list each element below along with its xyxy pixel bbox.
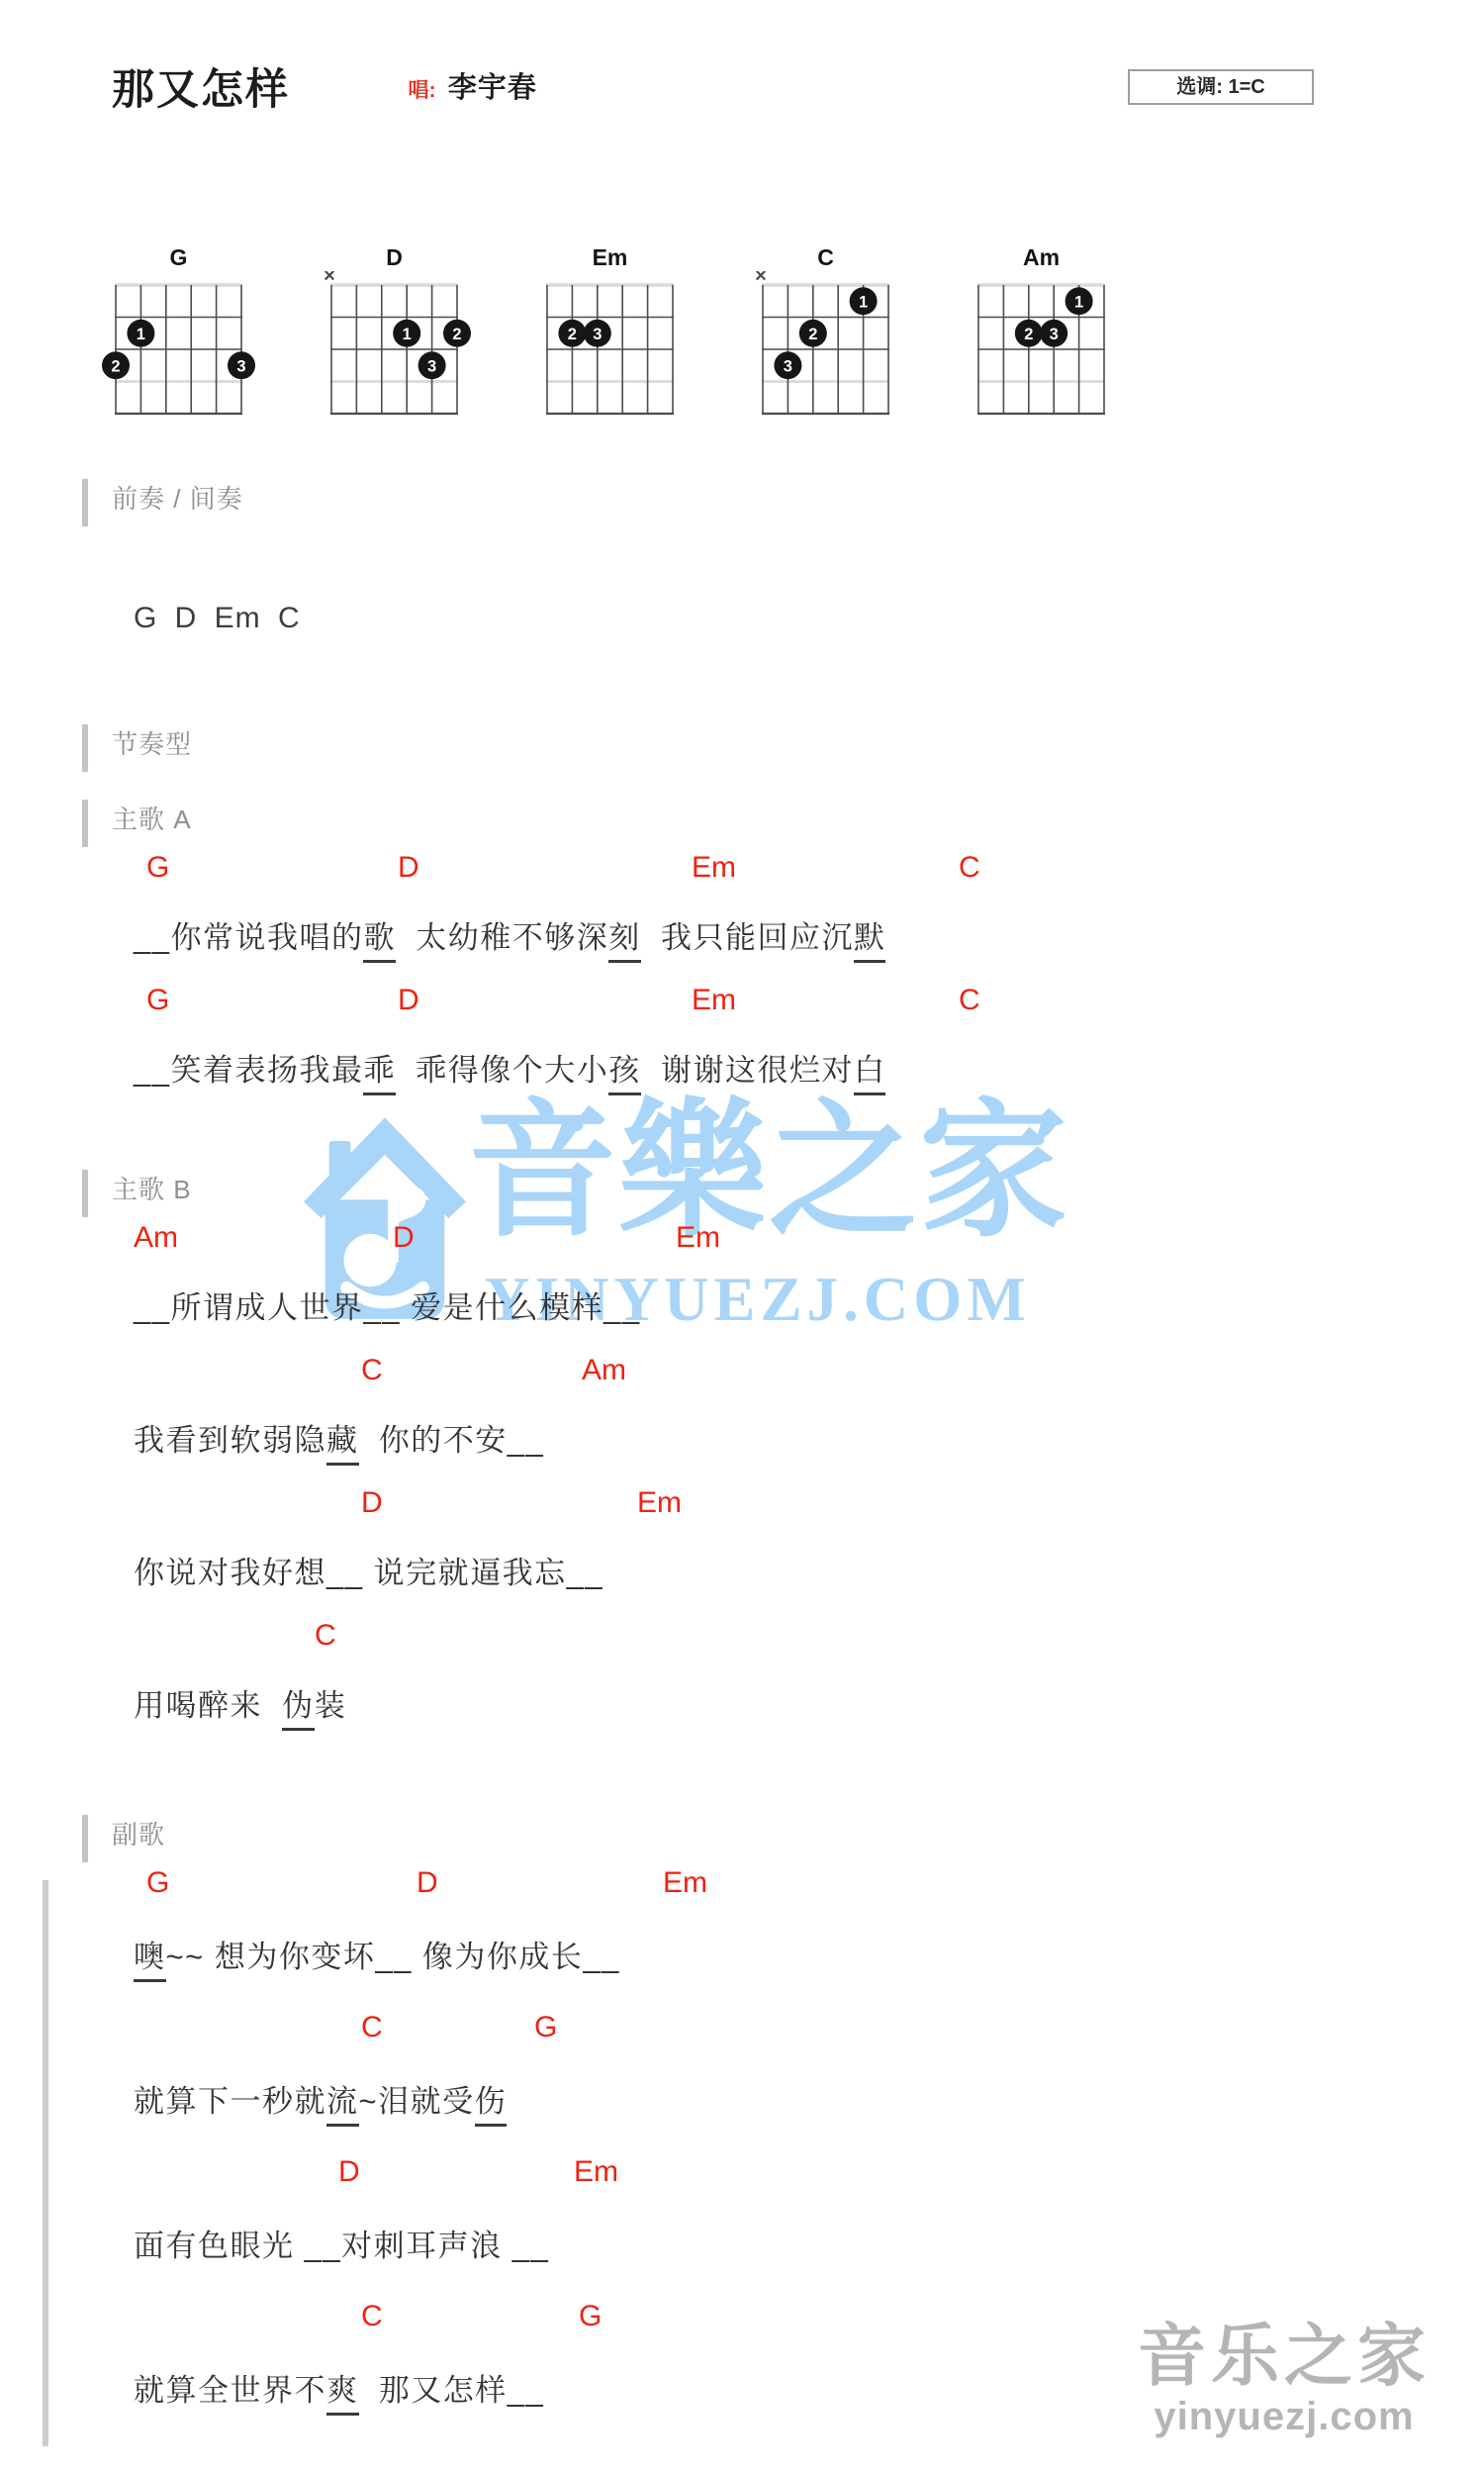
chord-diagram-name: D [331, 245, 457, 271]
lyric-segment: 像为你成长 [413, 1932, 584, 1979]
section-verse-b: 主歌 BAmDEm__所谓成人世界__ 爱是什么模样__CAm我看到软弱隐藏 你… [112, 1172, 1484, 1730]
section-chorus: 副歌GDEm噢~~ 想为你变坏__ 像为你成长__CG就算下一秒就流~泪就受伤D… [112, 1817, 1484, 2415]
lyric-segment: 乖 [363, 1045, 396, 1095]
chord-symbol: Em [637, 1486, 682, 1520]
lyric-segment: 你说对我好想 [134, 1548, 326, 1595]
lyric-line: 你说对我好想__ 说完就逼我忘__ [134, 1548, 1484, 1597]
section-intro: 前奏 / 间奏G D Em C [112, 481, 1484, 635]
lyric-segment: 你的不安 [359, 1415, 508, 1463]
section-title: 节奏型 [112, 726, 1484, 762]
section-rows: AmDEm__所谓成人世界__ 爱是什么模样__CAm我看到软弱隐藏 你的不安_… [112, 1221, 1484, 1730]
svg-text:1: 1 [1074, 293, 1083, 311]
section-title: 主歌 B [112, 1172, 1484, 1207]
title-bar: 那又怎样 唱: 李宇春 选调: 1=C [112, 65, 1484, 117]
svg-text:3: 3 [593, 326, 602, 343]
section-marker-bar [82, 800, 88, 847]
section-title: 副歌 [112, 1817, 1484, 1852]
chord-line: CG [134, 2011, 1484, 2046]
chord-symbol: D [393, 1221, 415, 1255]
section-verse-a: 主歌 AGDEmC__你常说我唱的歌 太幼稚不够深刻 我只能回应沉默GDEmC_… [112, 802, 1484, 1094]
lyric-segment: 伤 [475, 2076, 508, 2127]
chord-symbol: Em [574, 2155, 618, 2189]
chord-symbol: Em [692, 984, 736, 1017]
chord-symbol: C [315, 1619, 336, 1653]
lyric-segment: __ [375, 1940, 412, 1978]
lyric-segment: 流 [326, 2076, 359, 2127]
section-header: 主歌 B [112, 1172, 1484, 1221]
lyric-segment: ~~ 想为你变坏 [166, 1932, 376, 1979]
lyric-segment: 藏 [326, 1415, 359, 1466]
section-title: 主歌 A [112, 802, 1484, 837]
chord-symbol: G [146, 984, 169, 1017]
lyric-segment: 爱是什么模样 [401, 1282, 603, 1330]
lyric-segment: 白 [854, 1045, 886, 1095]
chord-diagram-G: G123 [116, 245, 270, 420]
lyric-segment: 对刺耳声浪 [341, 2221, 512, 2268]
lyric-segment: __ [512, 2229, 549, 2267]
chord-diagram-Em: Em23 [547, 245, 701, 420]
section-marker-bar [82, 1815, 88, 1862]
chord-line: GDEmC [134, 851, 1484, 887]
svg-text:3: 3 [236, 357, 245, 375]
lyric-segment: 孩 [608, 1045, 641, 1095]
lyric-segment: 爽 [326, 2365, 359, 2416]
chord-symbol: Em [663, 1866, 707, 1900]
lyric-line: 用喝醉来 伪装 [134, 1680, 1484, 1730]
lyric-segment: ~泪就受 [359, 2076, 475, 2124]
artist-name: 李宇春 [448, 72, 537, 104]
muted-string-mark: × [324, 271, 335, 287]
chord-line: GDEm [134, 1866, 1484, 1902]
chord-symbol: C [361, 1354, 383, 1387]
lyric-line: 就算全世界不爽 那又怎样__ [134, 2365, 1484, 2415]
chord-diagram-C: C×123 [763, 245, 917, 420]
lyric-segment: 所谓成人世界 [170, 1282, 363, 1330]
section-title: 前奏 / 间奏 [112, 481, 1484, 517]
lyric-line: 面有色眼光 __对刺耳声浪 __ [134, 2221, 1484, 2270]
lyric-segment: 太幼稚不够深 [396, 912, 608, 960]
lyric-segment: 用喝醉来 [134, 1680, 282, 1728]
lyric-line: 就算下一秒就流~泪就受伤 [134, 2076, 1484, 2126]
lyric-segment: __ [305, 2229, 341, 2267]
chord-symbol: C [361, 2011, 383, 2044]
svg-text:3: 3 [1050, 326, 1059, 343]
lyric-segment: __ [583, 1940, 619, 1978]
lyric-segment: __ [134, 920, 170, 959]
chord-diagram-name: C [763, 245, 888, 271]
chord-symbol: G [534, 2011, 557, 2044]
lyric-segment: 伪 [282, 1680, 315, 1731]
chord-line: AmDEm [134, 1221, 1484, 1257]
muted-string-mark: × [755, 271, 767, 287]
singer-label: 唱: [408, 79, 435, 102]
svg-text:2: 2 [111, 357, 120, 375]
lyric-segment: 那又怎样 [359, 2365, 508, 2413]
chord-symbol: Am [582, 1354, 626, 1387]
chord-symbol: D [417, 1866, 438, 1900]
lyric-segment: __ [363, 1290, 400, 1329]
lyric-line: __笑着表扬我最乖 乖得像个大小孩 谢谢这很烂对白 [134, 1045, 1484, 1094]
chord-line: DEm [134, 2155, 1484, 2191]
chord-symbol: G [146, 1866, 169, 1900]
chord-symbol: C [361, 2300, 383, 2333]
chord-sheet-page: 那又怎样 唱: 李宇春 选调: 1=C G123D×123Em23C×123Am… [0, 0, 1484, 2470]
chord-diagram-name: G [116, 245, 241, 271]
key-select-box[interactable]: 选调: 1=C [1128, 69, 1314, 105]
chord-symbol: Am [134, 1221, 178, 1255]
lyric-segment: 你常说我唱的 [170, 912, 363, 960]
svg-text:2: 2 [452, 326, 461, 343]
lyric-segment: 就算全世界不 [134, 2365, 326, 2413]
lyric-segment: __ [508, 1423, 544, 1462]
song-title: 那又怎样 [112, 65, 290, 115]
lyric-line: __所谓成人世界__ 爱是什么模样__ [134, 1282, 1484, 1332]
section-rows: G D Em C [112, 602, 1484, 635]
chord-diagram-name: Em [547, 245, 673, 271]
lyric-line: __你常说我唱的歌 太幼稚不够深刻 我只能回应沉默 [134, 912, 1484, 962]
section-rows: GDEmC__你常说我唱的歌 太幼稚不够深刻 我只能回应沉默GDEmC__笑着表… [112, 851, 1484, 1094]
svg-text:2: 2 [568, 326, 577, 343]
chord-symbol: G [579, 2300, 602, 2333]
chord-symbol: Em [692, 851, 736, 885]
chord-symbol: C [959, 851, 980, 885]
lyric-segment: __ [326, 1556, 363, 1594]
section-marker-bar [82, 1170, 88, 1217]
lyric-segment: 面有色眼光 [134, 2221, 305, 2268]
lyric-segment: 乖得像个大小 [396, 1045, 608, 1092]
section-header: 主歌 A [112, 802, 1484, 851]
chord-symbol: D [361, 1486, 383, 1520]
section-marker-bar [82, 479, 88, 526]
lyric-segment: __ [134, 1053, 170, 1092]
chord-diagram-name: Am [978, 245, 1104, 271]
lyric-segment: __ [567, 1556, 603, 1594]
chord-diagram-D: D×123 [331, 245, 486, 420]
lyric-line: 我看到软弱隐藏 你的不安__ [134, 1415, 1484, 1465]
section-header: 前奏 / 间奏 [112, 481, 1484, 530]
lyric-segment: 笑着表扬我最 [170, 1045, 363, 1092]
chord-symbol: Em [676, 1221, 720, 1255]
lyric-segment: 噢 [134, 1932, 166, 1982]
chord-line: GDEmC [134, 984, 1484, 1019]
chord-symbol: C [959, 984, 980, 1017]
chord-symbol: D [398, 851, 419, 885]
lyric-segment: __ [134, 1290, 170, 1329]
lyric-segment: 默 [854, 912, 886, 963]
artist-block: 唱: 李宇春 [408, 66, 536, 115]
lyric-segment: 我只能回应沉 [641, 912, 854, 960]
svg-text:2: 2 [1024, 326, 1033, 343]
section-marker-bar [82, 724, 88, 772]
section-rhythm: 节奏型 [112, 726, 1484, 776]
song-sections: 前奏 / 间奏G D Em C节奏型主歌 AGDEmC__你常说我唱的歌 太幼稚… [112, 481, 1484, 2415]
lyric-segment: 歌 [363, 912, 396, 963]
section-rows: GDEm噢~~ 想为你变坏__ 像为你成长__CG就算下一秒就流~泪就受伤DEm… [112, 1866, 1484, 2415]
section-header: 副歌 [112, 1817, 1484, 1866]
lyric-segment: __ [603, 1290, 640, 1329]
chord-line: CAm [134, 1354, 1484, 1389]
lyric-segment: 谢谢这很烂对 [641, 1045, 854, 1092]
lyric-segment: 就算下一秒就 [134, 2076, 326, 2124]
lyric-segment: 说完就逼我忘 [363, 1548, 566, 1595]
svg-text:2: 2 [808, 326, 817, 343]
svg-text:1: 1 [403, 326, 412, 343]
lyric-segment: 我看到软弱隐 [134, 1415, 326, 1463]
svg-text:1: 1 [137, 326, 145, 343]
chord-symbol: D [398, 984, 419, 1017]
lyric-segment: 装 [315, 1680, 347, 1728]
chord-line: DEm [134, 1486, 1484, 1522]
section-header: 节奏型 [112, 726, 1484, 776]
chord-symbol: D [338, 2155, 360, 2189]
chord-line: CG [134, 2300, 1484, 2335]
lyric-segment: __ [508, 2373, 544, 2412]
chord-diagram-Am: Am123 [978, 245, 1133, 420]
svg-text:3: 3 [784, 357, 792, 375]
lyric-line: 噢~~ 想为你变坏__ 像为你成长__ [134, 1932, 1484, 1981]
intro-chord-sequence: G D Em C [134, 602, 1484, 635]
svg-text:3: 3 [427, 357, 436, 375]
lyric-segment: 刻 [608, 912, 641, 963]
chord-diagrams: G123D×123Em23C×123Am123 [112, 245, 1484, 429]
chord-symbol: G [146, 851, 169, 885]
svg-text:1: 1 [859, 293, 868, 311]
chord-line: C [134, 1619, 1484, 1655]
